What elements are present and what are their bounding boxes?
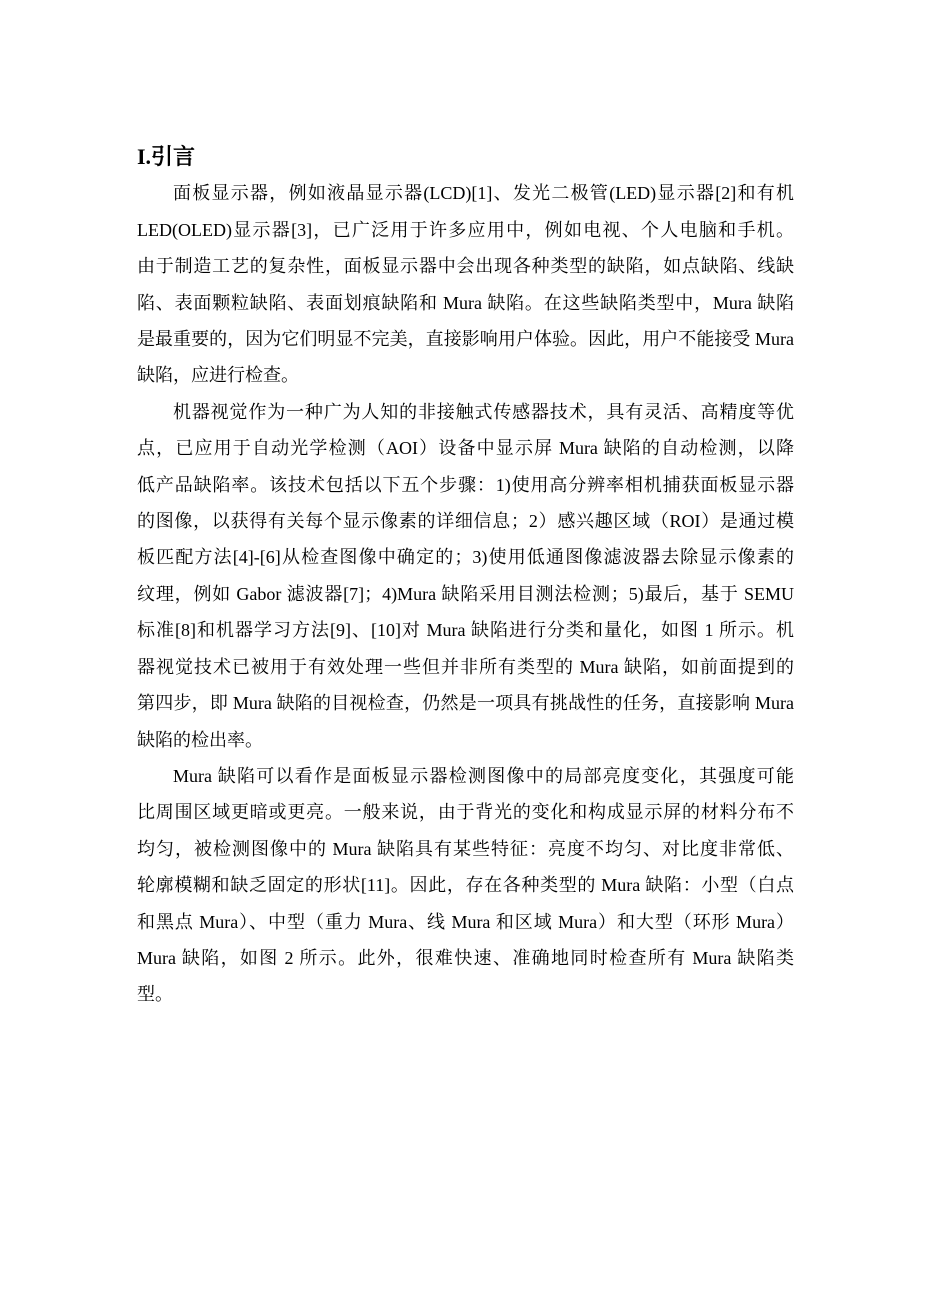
paragraph-3-line: Mura 缺陷可以看作是面板显示器检测图像中的局部亮度变化，其强度可能	[137, 758, 794, 794]
paragraph-2-line: 器视觉技术已被用于有效处理一些但并非所有类型的 Mura 缺陷，如前面提到的	[137, 649, 794, 685]
paragraph-2-line: 的图像，以获得有关每个显示像素的详细信息；2）感兴趣区域（ROI）是通过模	[137, 503, 794, 539]
paragraph-2-line: 机器视觉作为一种广为人知的非接触式传感器技术，具有灵活、高精度等优	[137, 394, 794, 430]
paragraphs-container: 面板显示器，例如液晶显示器(LCD)[1]、发光二极管(LED)显示器[2]和有…	[137, 175, 794, 1012]
paragraph-2-line: 纹理，例如 Gabor 滤波器[7]；4)Mura 缺陷采用目测法检测；5)最后…	[137, 576, 794, 612]
paragraph-2-line: 缺陷的检出率。	[137, 722, 794, 758]
paragraph-1-line: 缺陷，应进行检查。	[137, 357, 794, 393]
paragraph-1-line: 面板显示器，例如液晶显示器(LCD)[1]、发光二极管(LED)显示器[2]和有…	[137, 175, 794, 211]
paragraph-2-line: 标准[8]和机器学习方法[9]、[10]对 Mura 缺陷进行分类和量化，如图 …	[137, 612, 794, 648]
paragraph-3-line: 和黑点 Mura）、中型（重力 Mura、线 Mura 和区域 Mura）和大型…	[137, 904, 794, 940]
paragraph-3-line: 型。	[137, 976, 794, 1012]
paragraph-3-line: 均匀，被检测图像中的 Mura 缺陷具有某些特征：亮度不均匀、对比度非常低、	[137, 831, 794, 867]
paragraph-3-line: Mura 缺陷，如图 2 所示。此外，很难快速、准确地同时检查所有 Mura 缺…	[137, 940, 794, 976]
document-page: I.引言 面板显示器，例如液晶显示器(LCD)[1]、发光二极管(LED)显示器…	[0, 0, 926, 1309]
paragraph-1-line: LED(OLED)显示器[3]，已广泛用于许多应用中，例如电视、个人电脑和手机。	[137, 212, 794, 248]
paragraph-2-line: 第四步，即 Mura 缺陷的目视检查，仍然是一项具有挑战性的任务，直接影响 Mu…	[137, 685, 794, 721]
paragraph-3-line: 比周围区域更暗或更亮。一般来说，由于背光的变化和构成显示屏的材料分布不	[137, 794, 794, 830]
paragraph-2-line: 板匹配方法[4]-[6]从检查图像中确定的；3)使用低通图像滤波器去除显示像素的	[137, 539, 794, 575]
paragraph-3-line: 轮廓模糊和缺乏固定的形状[11]。因此，存在各种类型的 Mura 缺陷：小型（白…	[137, 867, 794, 903]
paragraph-2-line: 低产品缺陷率。该技术包括以下五个步骤：1)使用高分辨率相机捕获面板显示器	[137, 467, 794, 503]
paragraph-2-line: 点，已应用于自动光学检测（AOI）设备中显示屏 Mura 缺陷的自动检测，以降	[137, 430, 794, 466]
paragraph-1-line: 陷、表面颗粒缺陷、表面划痕缺陷和 Mura 缺陷。在这些缺陷类型中，Mura 缺…	[137, 285, 794, 321]
paragraph-1-line: 由于制造工艺的复杂性，面板显示器中会出现各种类型的缺陷，如点缺陷、线缺	[137, 248, 794, 284]
section-heading: I.引言	[137, 139, 794, 175]
document-content: I.引言 面板显示器，例如液晶显示器(LCD)[1]、发光二极管(LED)显示器…	[137, 139, 794, 1013]
paragraph-1-line: 是最重要的，因为它们明显不完美，直接影响用户体验。因此，用户不能接受 Mura	[137, 321, 794, 357]
